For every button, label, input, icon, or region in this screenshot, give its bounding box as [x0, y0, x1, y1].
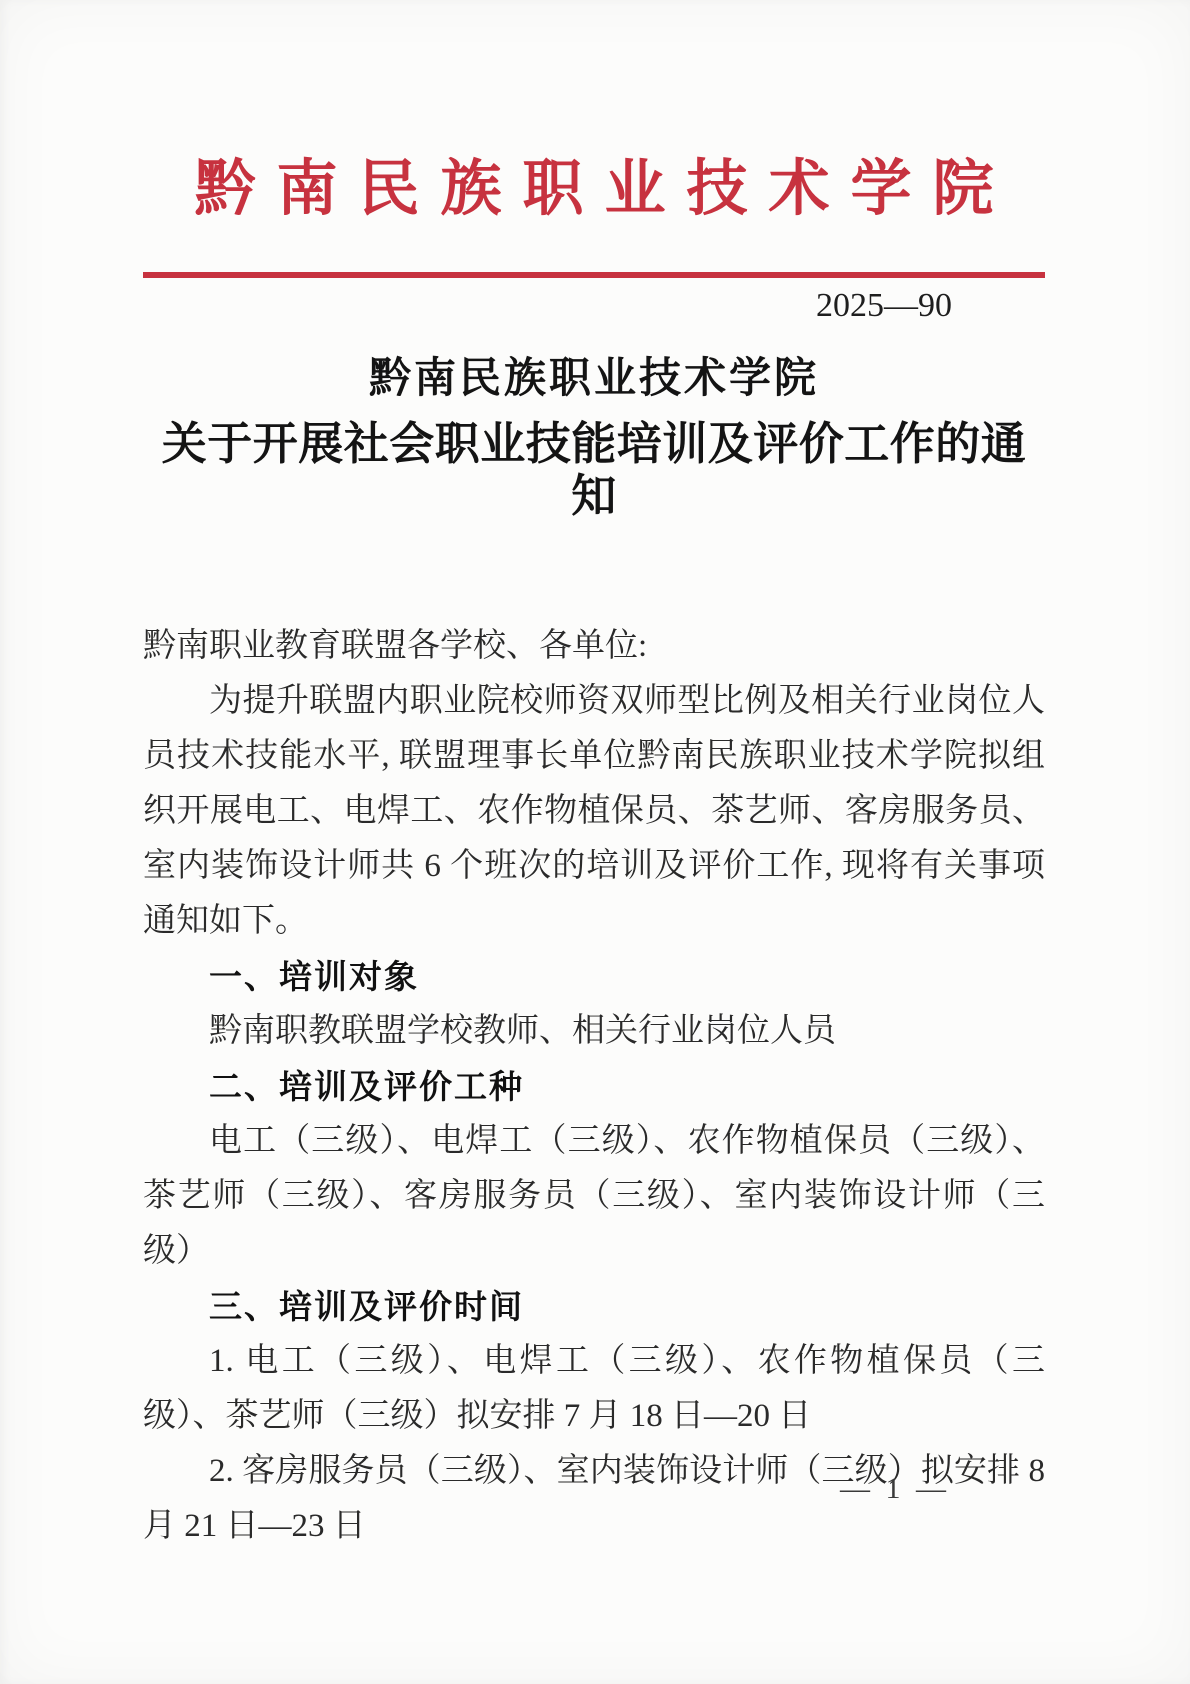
- section-3-heading: 三、培训及评价时间: [143, 1279, 1045, 1334]
- letterhead-title: 黔南民族职业技术学院: [143, 156, 1045, 223]
- section-3-item-1: 1. 电工（三级）、电焊工（三级）、农作物植保员（三级）、茶艺师（三级）拟安排 …: [143, 1334, 1045, 1444]
- section-1-paragraph: 黔南职教联盟学校教师、相关行业岗位人员: [143, 1004, 1045, 1059]
- section-2-paragraph: 电工（三级）、电焊工（三级）、农作物植保员（三级）、茶艺师（三级）、客房服务员（…: [143, 1114, 1045, 1279]
- letterhead-divider-rule: [143, 272, 1045, 278]
- page-number: — 1 —: [840, 1472, 950, 1506]
- scanned-document-page: 黔南民族职业技术学院 2025—90 黔南民族职业技术学院 关于开展社会职业技能…: [0, 0, 1190, 1684]
- document-title-subject-line: 关于开展社会职业技能培训及评价工作的通知: [143, 419, 1045, 523]
- section-2-heading: 二、培训及评价工种: [143, 1059, 1045, 1114]
- document-title-org-line: 黔南民族职业技术学院: [143, 355, 1045, 403]
- salutation: 黔南职业教育联盟各学校、各单位:: [143, 619, 1045, 674]
- section-1-heading: 一、培训对象: [143, 949, 1045, 1004]
- document-body: 黔南职业教育联盟各学校、各单位: 为提升联盟内职业院校师资双师型比例及相关行业岗…: [143, 619, 1045, 1554]
- document-number: 2025—90: [143, 286, 1045, 327]
- intro-paragraph: 为提升联盟内职业院校师资双师型比例及相关行业岗位人员技术技能水平, 联盟理事长单…: [143, 674, 1045, 949]
